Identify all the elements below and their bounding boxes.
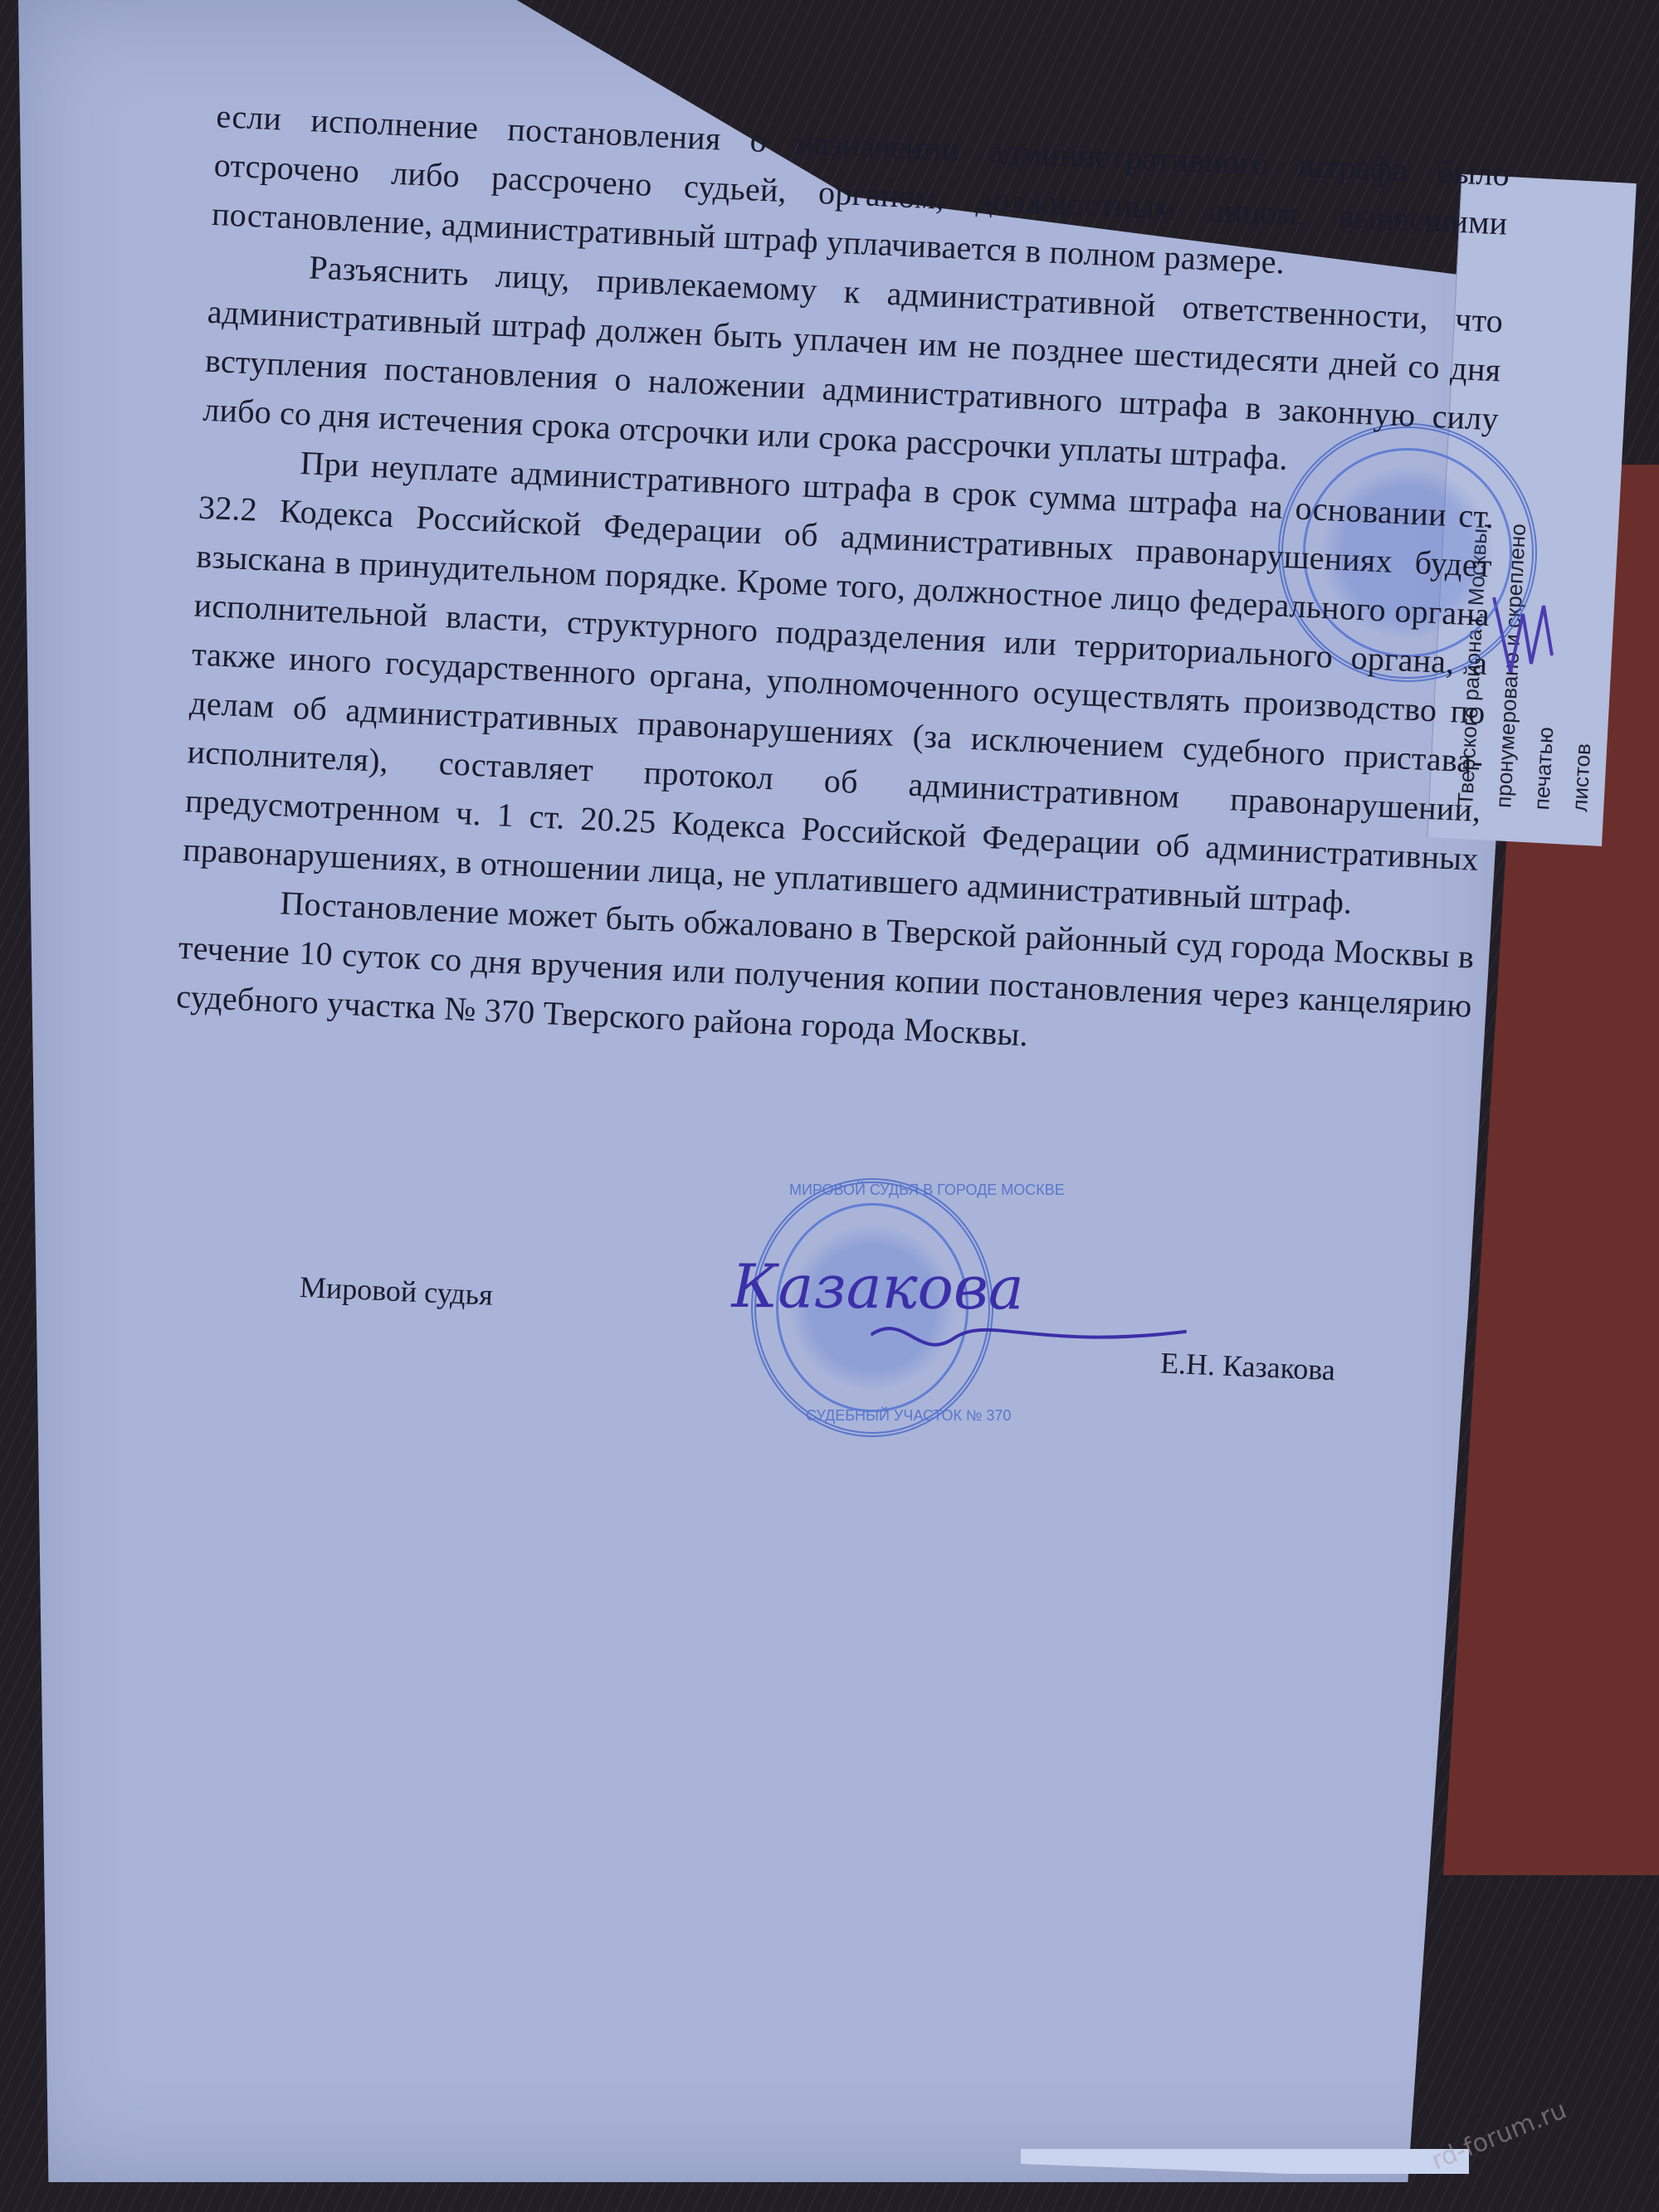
judge-name: Е.Н. Казакова: [1159, 1346, 1335, 1388]
paragraph-non-payment-consequences: При неуплате административного штрафа в …: [182, 434, 1495, 933]
document-body: если исполнение постановления о назначен…: [175, 91, 1510, 1079]
stamp-ring-text-top: МИРОВОЙ СУДЬЯ В ГОРОДЕ МОСКВЕ: [789, 1182, 1065, 1199]
signature-flourish-icon: [870, 1310, 1187, 1373]
judge-title: Мировой судья: [299, 1269, 493, 1313]
